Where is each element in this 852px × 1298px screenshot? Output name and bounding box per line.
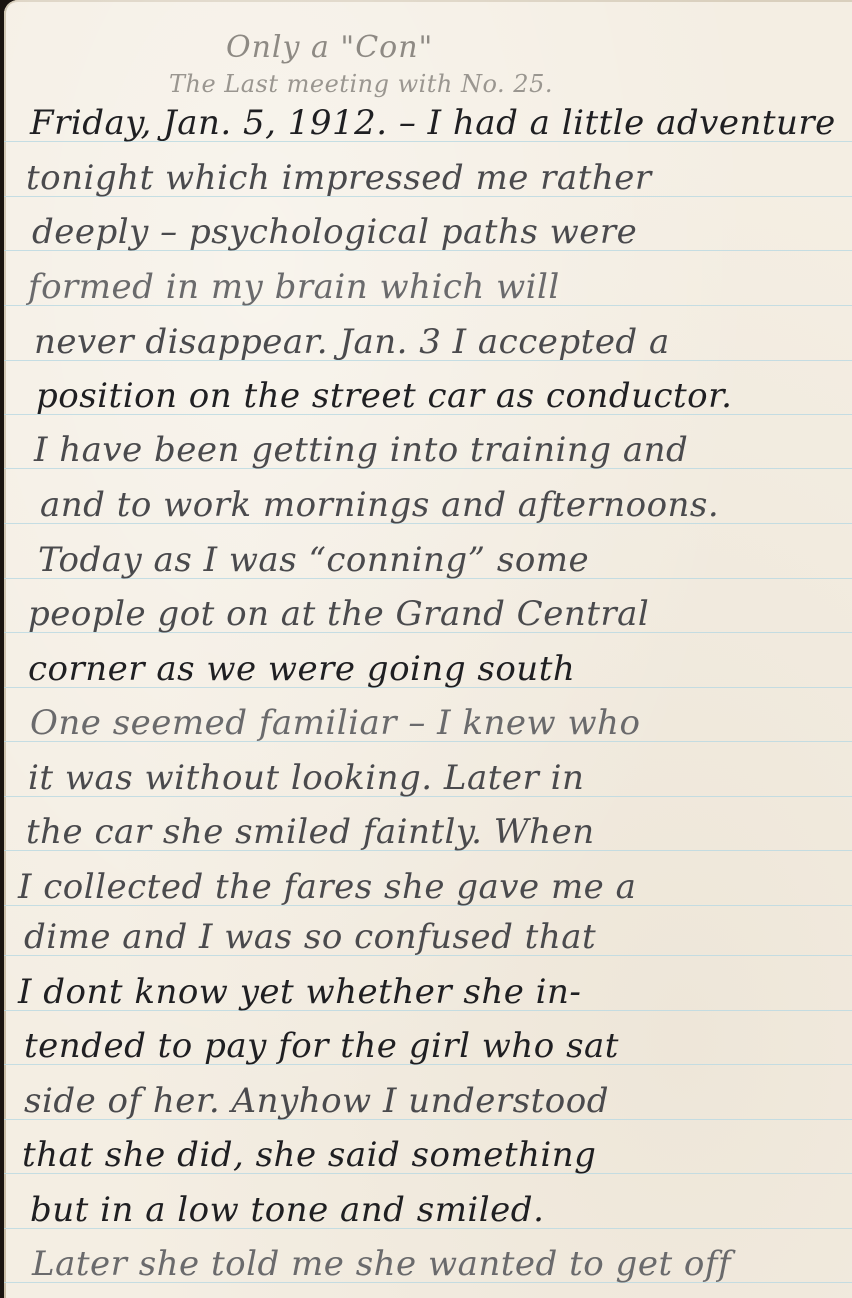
text-line: but in a low tone and smiled. bbox=[30, 1193, 544, 1227]
text-line: One seemed familiar – I knew who bbox=[30, 706, 640, 740]
text-line: Today as I was “conning” some bbox=[38, 543, 589, 577]
text-line: that she did, she said something bbox=[22, 1138, 596, 1172]
text-line: deeply – psychological paths were bbox=[32, 215, 637, 249]
text-line: corner as we were going south bbox=[28, 652, 575, 686]
text-line: Later she told me she wanted to get off bbox=[32, 1247, 731, 1281]
text-line: and to work mornings and afternoons. bbox=[40, 488, 719, 522]
text-line: I have been getting into training and bbox=[34, 433, 688, 467]
diary-page: Only a "Con" The Last meeting with No. 2… bbox=[4, 0, 852, 1298]
text-line: people got on at the Grand Central bbox=[28, 597, 649, 631]
text-line: I dont know yet whether she in- bbox=[18, 975, 581, 1009]
text-line: the car she smiled faintly. When bbox=[26, 815, 595, 849]
page-subtitle: The Last meeting with No. 25. bbox=[169, 70, 553, 98]
text-line: never disappear. Jan. 3 I accepted a bbox=[34, 325, 670, 359]
text-line: side of her. Anyhow I understood bbox=[24, 1084, 609, 1118]
text-line: position on the street car as conductor. bbox=[36, 379, 732, 413]
text-line: it was without looking. Later in bbox=[28, 761, 584, 795]
text-line: tended to pay for the girl who sat bbox=[24, 1029, 619, 1063]
text-line: Friday, Jan. 5, 1912. – I had a little a… bbox=[30, 106, 836, 140]
text-line: dime and I was so confused that bbox=[24, 920, 596, 954]
text-line: tonight which impressed me rather bbox=[26, 161, 652, 195]
page-title: Only a "Con" bbox=[226, 30, 433, 65]
text-line: formed in my brain which will bbox=[28, 270, 560, 304]
text-line: I collected the fares she gave me a bbox=[18, 870, 636, 904]
